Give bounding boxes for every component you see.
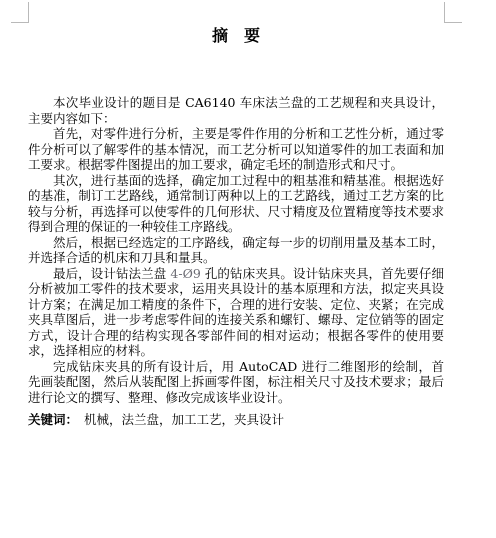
keywords-value: 机械，法兰盘，加工工艺，夹具设计 [84,412,284,427]
keywords-row: 关键词：机械，法兰盘，加工工艺，夹具设计 [28,412,444,428]
paragraph-cutting-parameters: 然后，根据已经选定的工序路线，确定每一步的切削用量及基本工时，并选择合适的机床和… [28,235,444,266]
paragraph-datum-selection: 其次，进行基面的选择，确定加工过程中的粗基准和精基准。根据选好的基准，制订工艺路… [28,173,444,235]
fixture-paragraph-pre-text: 最后，设计钻法兰盘 [53,266,170,281]
keywords-label: 关键词： [28,412,78,427]
paragraph-part-analysis: 首先，对零件进行分析，主要是零件作用的分析和工艺性分析，通过零件分析可以了解零件… [28,126,444,173]
document-page: 摘 要 本次毕业设计的题目是 CA6140 车床法兰盘的工艺规程和夹具设计，主要… [0,0,496,538]
paragraph-intro: 本次毕业设计的题目是 CA6140 车床法兰盘的工艺规程和夹具设计，主要内容如下… [28,95,444,126]
abstract-body: 本次毕业设计的题目是 CA6140 车床法兰盘的工艺规程和夹具设计，主要内容如下… [28,95,444,405]
paragraph-autocad-closing: 完成钻床夹具的所有设计后，用 AutoCAD 进行二维图形的绘制，首先画装配图，… [28,359,444,406]
paragraph-fixture-design: 最后，设计钻法兰盘 4-Ø9 孔的钻床夹具。设计钻床夹具，首先要仔细分析被加工零… [28,266,444,359]
margin-crop-mark-right [444,2,462,23]
hole-spec-field: 4-Ø9 [170,266,200,281]
margin-crop-mark-left [11,2,29,23]
page-title: 摘 要 [28,27,444,45]
